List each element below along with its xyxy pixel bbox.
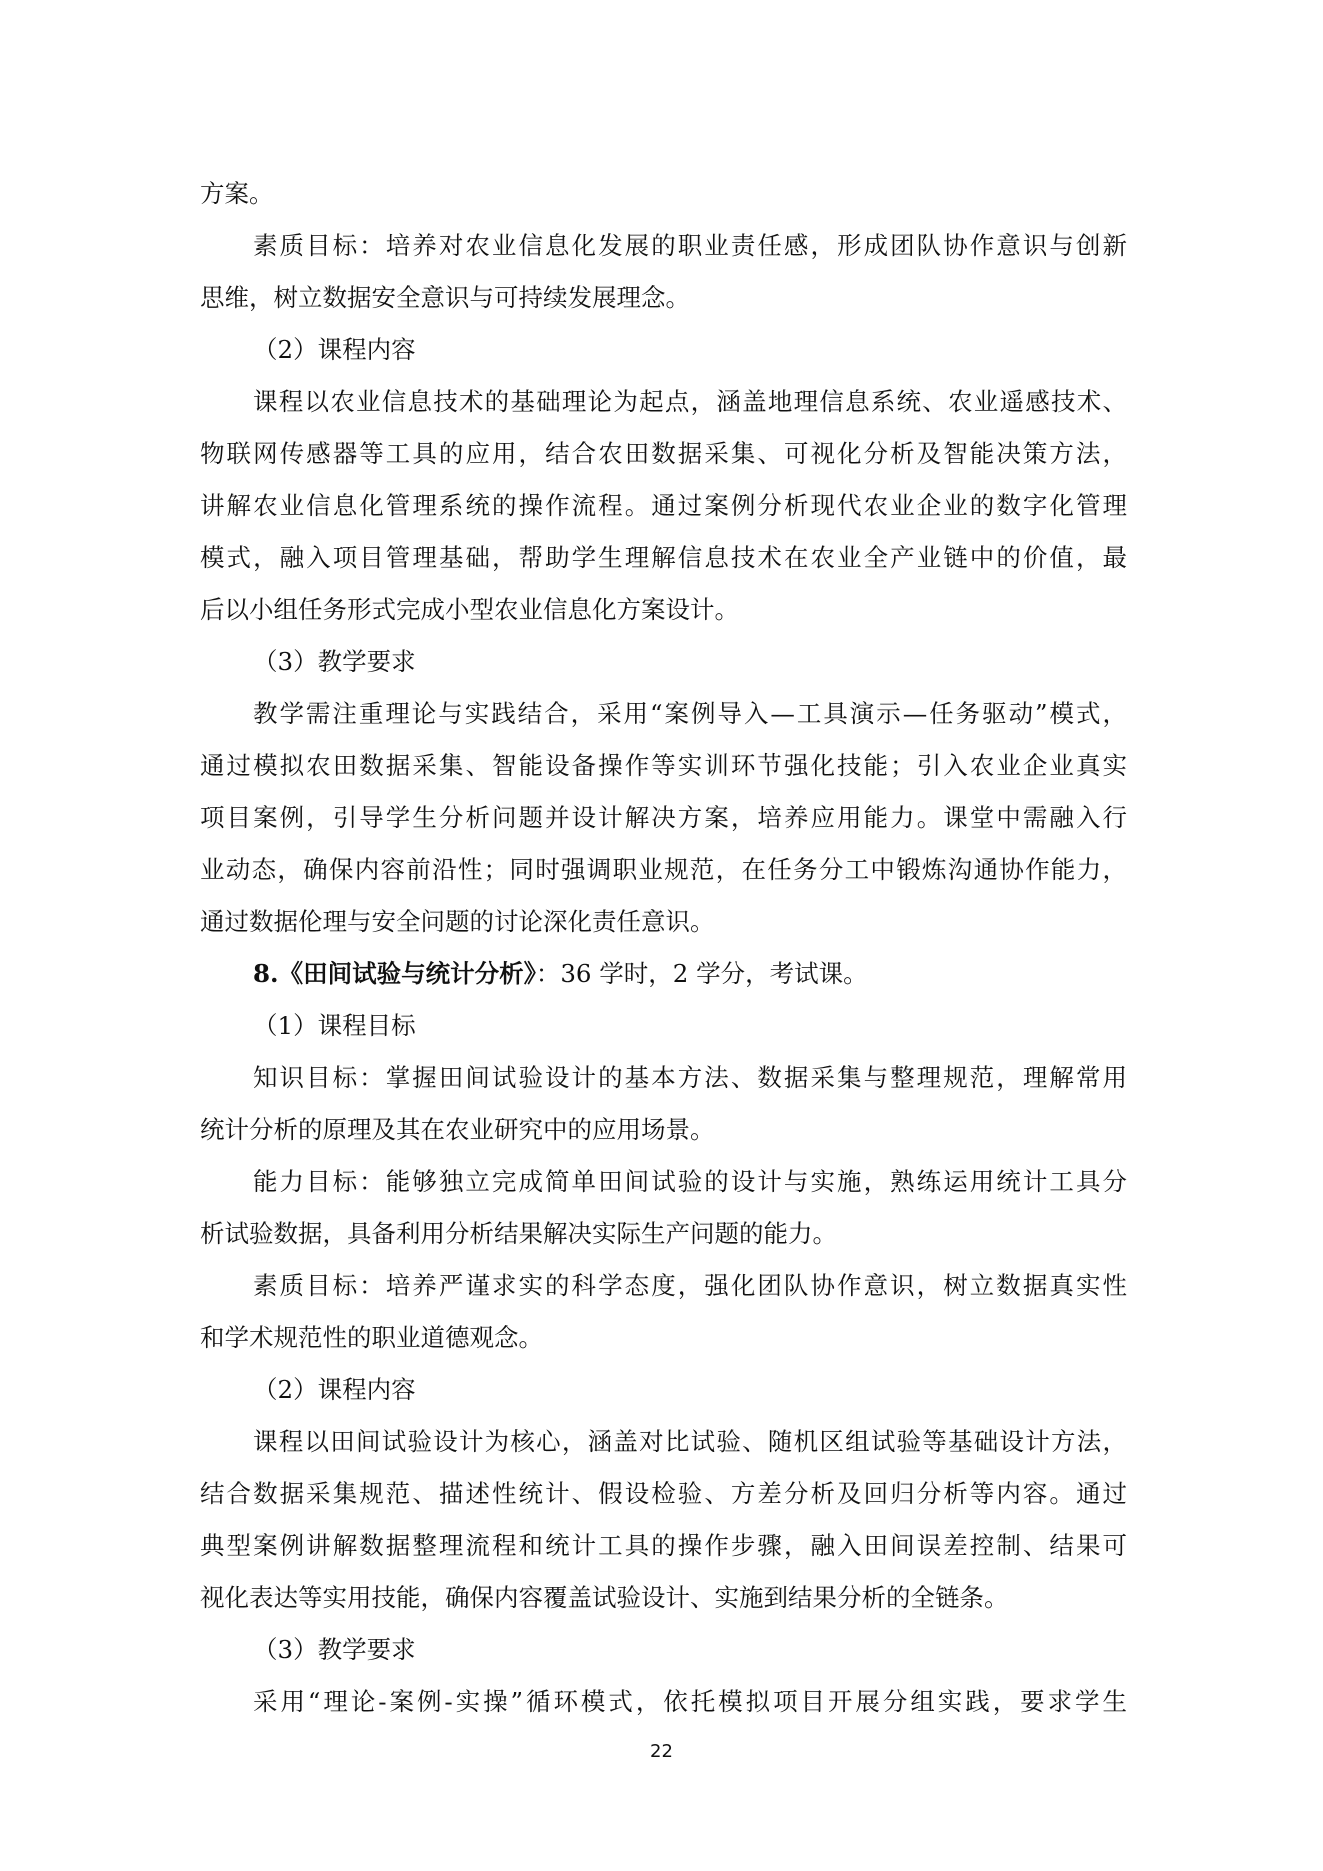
paragraph-line: 通过模拟农田数据采集、智能设备操作等实训环节强化技能；引入农业企业真实 xyxy=(200,740,1127,792)
paragraph-line: 结合数据采集规范、描述性统计、假设检验、方差分析及回归分析等内容。通过 xyxy=(200,1468,1127,1520)
course-title: 8.《田间试验与统计分析》 xyxy=(253,959,536,988)
paragraph-line: 思维，树立数据安全意识与可持续发展理念。 xyxy=(200,272,1127,324)
course-content-line: 课程以田间试验设计为核心，涵盖对比试验、随机区组试验等基础设计方法， xyxy=(200,1416,1127,1468)
paragraph-line: 方案。 xyxy=(200,168,1127,220)
quality-goal-line: 素质目标：培养对农业信息化发展的职业责任感，形成团队协作意识与创新 xyxy=(200,220,1127,272)
ability-goal-line: 能力目标：能够独立完成简单田间试验的设计与实施，熟练运用统计工具分 xyxy=(200,1156,1127,1208)
page-number: 22 xyxy=(0,1741,1323,1762)
paragraph-line: 和学术规范性的职业道德观念。 xyxy=(200,1312,1127,1364)
paragraph-line: 统计分析的原理及其在农业研究中的应用场景。 xyxy=(200,1104,1127,1156)
paragraph-line: 视化表达等实用技能，确保内容覆盖试验设计、实施到结果分析的全链条。 xyxy=(200,1572,1127,1624)
quality-goal-line: 素质目标：培养严谨求实的科学态度，强化团队协作意识，树立数据真实性 xyxy=(200,1260,1127,1312)
paragraph-line: 典型案例讲解数据整理流程和统计工具的操作步骤，融入田间误差控制、结果可 xyxy=(200,1520,1127,1572)
knowledge-goal-line: 知识目标：掌握田间试验设计的基本方法、数据采集与整理规范，理解常用 xyxy=(200,1052,1127,1104)
paragraph-line: 项目案例，引导学生分析问题并设计解决方案，培养应用能力。课堂中需融入行 xyxy=(200,792,1127,844)
course-info: ：36 学时，2 学分，考试课。 xyxy=(536,959,868,988)
section-heading-course-goals: （1）课程目标 xyxy=(200,1000,1127,1052)
paragraph-line: 析试验数据，具备利用分析结果解决实际生产问题的能力。 xyxy=(200,1208,1127,1260)
section-heading-course-content: （2）课程内容 xyxy=(200,1364,1127,1416)
section-heading-teaching-requirements: （3）教学要求 xyxy=(200,636,1127,688)
paragraph-line: 后以小组任务形式完成小型农业信息化方案设计。 xyxy=(200,584,1127,636)
section-heading-teaching-requirements: （3）教学要求 xyxy=(200,1624,1127,1676)
course-content-line: 课程以农业信息技术的基础理论为起点，涵盖地理信息系统、农业遥感技术、 xyxy=(200,376,1127,428)
paragraph-line: 物联网传感器等工具的应用，结合农田数据采集、可视化分析及智能决策方法， xyxy=(200,428,1127,480)
document-page: 方案。 素质目标：培养对农业信息化发展的职业责任感，形成团队协作意识与创新 思维… xyxy=(200,168,1127,1728)
course-title-line: 8.《田间试验与统计分析》：36 学时，2 学分，考试课。 xyxy=(200,948,1127,1000)
paragraph-line: 讲解农业信息化管理系统的操作流程。通过案例分析现代农业企业的数字化管理 xyxy=(200,480,1127,532)
paragraph-line: 业动态，确保内容前沿性；同时强调职业规范，在任务分工中锻炼沟通协作能力， xyxy=(200,844,1127,896)
paragraph-line: 通过数据伦理与安全问题的讨论深化责任意识。 xyxy=(200,896,1127,948)
teaching-requirements-line: 采用“理论-案例-实操”循环模式，依托模拟项目开展分组实践，要求学生 xyxy=(200,1676,1127,1728)
paragraph-line: 模式，融入项目管理基础，帮助学生理解信息技术在农业全产业链中的价值，最 xyxy=(200,532,1127,584)
teaching-requirements-line: 教学需注重理论与实践结合，采用“案例导入—工具演示—任务驱动”模式， xyxy=(200,688,1127,740)
section-heading-course-content: （2）课程内容 xyxy=(200,324,1127,376)
